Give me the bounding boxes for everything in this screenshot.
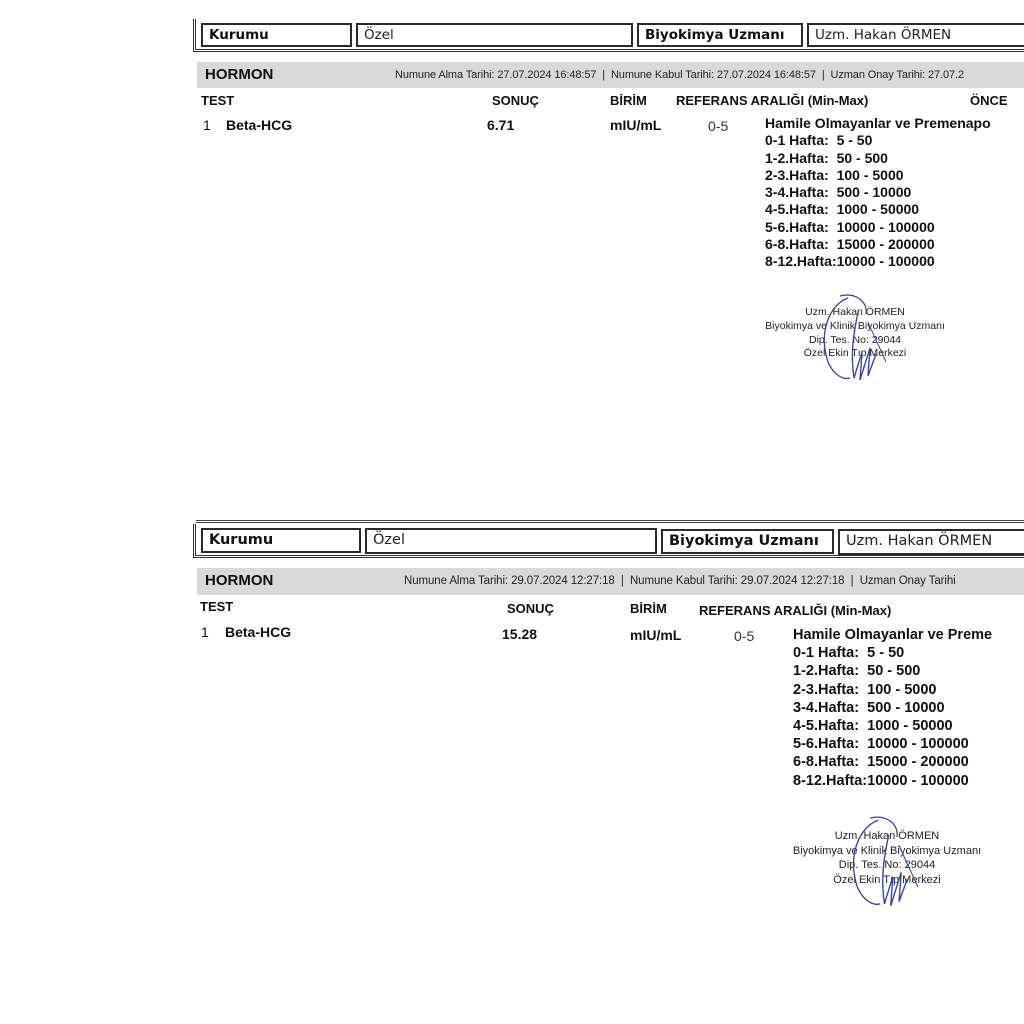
sample-dates: Numune Alma Tarihi: 29.07.2024 12:27:18 … <box>404 575 956 587</box>
section-band: HORMON Numune Alma Tarihi: 29.07.2024 12… <box>197 568 1024 595</box>
reference-line: 3-4.Hafta: 500 - 10000 <box>765 184 1024 201</box>
signer-name: Uzm. Hakan ÖRMEN <box>777 829 997 844</box>
reference-line: 4-5.Hafta: 1000 - 50000 <box>765 201 1024 218</box>
column-reference: REFERANS ARALIĞI (Min-Max) <box>699 603 891 618</box>
signer-diploma: Dip. Tes. No: 29044 <box>745 334 965 348</box>
reference-line: 1-2.Hafta: 50 - 500 <box>793 662 1024 680</box>
signature-block: Uzm. Hakan ÖRMEN Biyokimya ve Klinik Biy… <box>777 829 997 887</box>
column-previous: ÖNCE <box>970 93 1008 108</box>
column-unit: BİRİM <box>630 601 667 616</box>
reference-line: 0-1 Hafta: 5 - 50 <box>765 132 1024 149</box>
signer-institution: Özel Ekin Tıp Merkezi <box>745 347 965 361</box>
report-header-table: Kurumu Özel Biyokimya Uzmanı Uzm. Hakan … <box>193 19 1024 52</box>
reference-line: 5-6.Hafta: 10000 - 100000 <box>765 219 1024 236</box>
row-index: 1 <box>201 624 209 640</box>
reference-line: 8-12.Hafta:10000 - 100000 <box>793 772 1024 790</box>
signature-block: Uzm. Hakan ÖRMEN Biyokimya ve Klinik Biy… <box>745 306 965 361</box>
signer-title: Biyokimya ve Klinik Biyokimya Uzmanı <box>745 320 965 334</box>
reference-line: 2-3.Hafta: 100 - 5000 <box>765 167 1024 184</box>
reference-line: 8-12.Hafta:10000 - 100000 <box>765 253 1024 270</box>
reference-line: 6-8.Hafta: 15000 - 200000 <box>793 753 1024 771</box>
column-test: TEST <box>200 599 233 614</box>
report-header-table: Kurumu Özel Biyokimya Uzmanı Uzm. Hakan … <box>193 524 1024 558</box>
reference-details: Hamile Olmayanlar ve Preme 0-1 Hafta: 5 … <box>793 626 1024 790</box>
test-name: Beta-HCG <box>226 117 292 133</box>
institution-value: Özel <box>356 23 633 47</box>
specialist-value: Uzm. Hakan ÖRMEN <box>807 23 1024 47</box>
reference-line: 2-3.Hafta: 100 - 5000 <box>793 681 1024 699</box>
department-title: HORMON <box>205 572 273 589</box>
reference-line: 0-1 Hafta: 5 - 50 <box>793 644 1024 662</box>
department-title: HORMON <box>205 66 273 83</box>
column-reference: REFERANS ARALIĞI (Min-Max) <box>676 93 868 108</box>
test-unit: mIU/mL <box>630 627 681 643</box>
institution-label: Kurumu <box>201 528 361 553</box>
specialist-label: Biyokimya Uzmanı <box>661 529 834 554</box>
signer-name: Uzm. Hakan ÖRMEN <box>745 306 965 320</box>
institution-value: Özel <box>365 528 657 554</box>
signer-diploma: Dip. Tes. No: 29044 <box>777 858 997 873</box>
test-result: 6.71 <box>487 117 514 133</box>
reference-details: Hamile Olmayanlar ve Premenapo 0-1 Hafta… <box>765 115 1024 271</box>
signer-title: Biyokimya ve Klinik Biyokimya Uzmanı <box>777 844 997 859</box>
signer-institution: Özel Ekin Tıp Merkezi <box>777 873 997 888</box>
column-unit: BİRİM <box>610 93 647 108</box>
column-result: SONUÇ <box>492 93 539 108</box>
reference-line: 6-8.Hafta: 15000 - 200000 <box>765 236 1024 253</box>
reference-line: Hamile Olmayanlar ve Preme <box>793 626 1024 644</box>
specialist-label: Biyokimya Uzmanı <box>637 23 803 47</box>
reference-range: 0-5 <box>708 118 728 134</box>
sample-dates: Numune Alma Tarihi: 27.07.2024 16:48:57 … <box>395 69 964 81</box>
test-unit: mIU/mL <box>610 117 661 133</box>
reference-line: 1-2.Hafta: 50 - 500 <box>765 150 1024 167</box>
reference-line: 5-6.Hafta: 10000 - 100000 <box>793 735 1024 753</box>
reference-range: 0-5 <box>734 628 754 644</box>
specialist-value: Uzm. Hakan ÖRMEN <box>838 529 1024 555</box>
section-band: HORMON Numune Alma Tarihi: 27.07.2024 16… <box>197 62 1024 88</box>
reference-line: 4-5.Hafta: 1000 - 50000 <box>793 717 1024 735</box>
reference-line: 3-4.Hafta: 500 - 10000 <box>793 699 1024 717</box>
column-test: TEST <box>201 93 234 108</box>
column-result: SONUÇ <box>507 601 554 616</box>
row-index: 1 <box>203 117 211 133</box>
institution-label: Kurumu <box>201 23 352 47</box>
reference-line: Hamile Olmayanlar ve Premenapo <box>765 115 1024 132</box>
test-result: 15.28 <box>502 626 537 642</box>
test-name: Beta-HCG <box>225 624 291 640</box>
